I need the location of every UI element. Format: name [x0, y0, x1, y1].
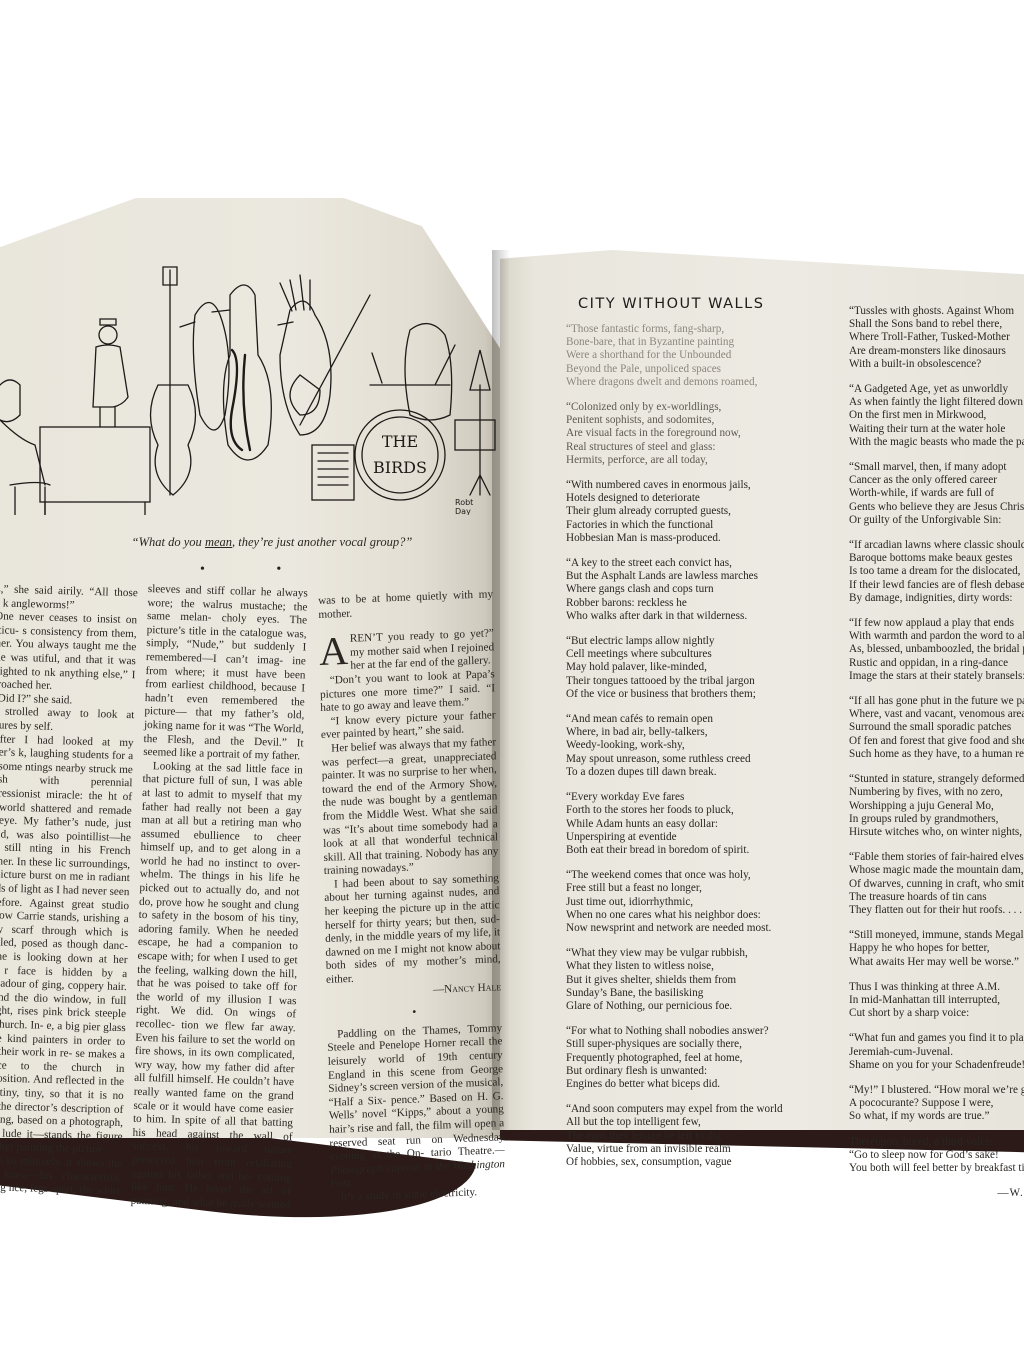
poem-line: “Colonized only by ex-worldlings, [566, 401, 806, 414]
poem-line: “For what to Nothing shall nobodies answ… [566, 1025, 806, 1038]
poem-line: “If few now applaud a play that ends [849, 617, 1024, 630]
poem-line: The treasure hoards of tin cans [849, 891, 1024, 904]
poem-line: “Tussles with ghosts. Against Whom [849, 305, 1024, 318]
poem-line: Factories in which the functional [566, 519, 806, 532]
poem-stanza: “If all has gone phut in the future we p… [849, 695, 1024, 761]
paragraph: I had been about to say something about … [324, 872, 501, 987]
poem-line: “Stunted in stature, strangely deformed, [849, 773, 1024, 786]
poem-line: Beyond the Pale, unpoliced spaces [566, 363, 806, 376]
poem-line: “A Gadgeted Age, yet as unworldly [849, 383, 1024, 396]
poem-line: What they listen to witless noise, [566, 960, 806, 973]
poem-stanza: “For what to Nothing shall nobodies answ… [566, 1025, 806, 1091]
poem-line: “The weekend comes that once was holy, [566, 869, 806, 882]
poem-line: But it gives shelter, shields them from [566, 974, 806, 987]
poem-line: Worth-while, if wards are full of [849, 487, 1024, 500]
poem-line: But the Asphalt Lands are lawless marche… [566, 570, 806, 583]
poem-line: Unperspiring at eventide [566, 831, 806, 844]
poem-line: Rustic and oppidan, in a ring-dance [849, 657, 1024, 670]
svg-text:Robt: Robt [455, 498, 473, 507]
paragraph: sleeves and stiff collar he always wore;… [143, 583, 308, 764]
svg-text:BIRDS: BIRDS [373, 458, 427, 477]
poem-line: In mid-Manhattan till interrupted, [849, 994, 1024, 1007]
poem-line: “My!” I blustered. “How moral we’re gett… [849, 1084, 1024, 1097]
poem-stanza: Thus I was thinking at three A.M.In mid-… [849, 981, 1024, 1021]
poem-stanza: “Still moneyed, immune, stands Megalopol… [849, 929, 1024, 969]
poem-line: May hold palaver, like-minded, [566, 661, 806, 674]
poem-line: Are visual facts in the foreground now, [566, 427, 806, 440]
poem-line: Of hobbies, sex, consumption, vague [566, 1156, 806, 1169]
poem-line: To a dozen dupes till dawn break. [566, 766, 806, 779]
article-column-3: was to be at home quietly with my mother… [318, 588, 506, 1205]
section-separator: • • [200, 562, 315, 578]
poem-line: “If all has gone phut in the future we p… [849, 695, 1024, 708]
poem-line: Forth to the stores her foods to pluck, [566, 804, 806, 817]
poem-line: Weedy-looking, work-shy, [566, 739, 806, 752]
poem-line: Or guilty of the Unforgivable Sin: [849, 514, 1024, 527]
birds-band-cartoon-icon: THE BIRDS Robt Day [0, 255, 500, 515]
poem-author: —W. H. Auden [849, 1187, 1024, 1200]
poem-stanza: “Stunted in stature, strangely deformed,… [849, 773, 1024, 839]
poem-line: “Small marvel, then, if many adopt [849, 461, 1024, 474]
poem-line: Hirsute witches who, on winter nights, [849, 826, 1024, 839]
poem-line: So what, if my words are true.” [849, 1110, 1024, 1123]
poem-line: Cell meetings where subcultures [566, 648, 806, 661]
poem-stanza: “If few now applaud a play that endsWith… [849, 617, 1024, 683]
poem-stanza: “The weekend comes that once was holy,Fr… [566, 869, 806, 935]
poem-line: With a built-in obsolescence? [849, 358, 1024, 371]
poem-line: Robber barons: reckless he [566, 597, 806, 610]
poem-line: Shall the Sons band to rebel there, [849, 318, 1024, 331]
paragraph: des,” she said airily. “All those fat, k… [0, 583, 138, 614]
poem-line: “With numbered caves in enormous jails, [566, 479, 806, 492]
poem-line: Frequently photographed, feel at home, [566, 1052, 806, 1065]
poem-stanza: “And mean cafés to remain openWhere, in … [566, 713, 806, 779]
poem-line: Of dwarves, cunning in craft, who smithi… [849, 878, 1024, 891]
poem-line: Now newsprint and network are needed mos… [566, 922, 806, 935]
poem-stanza: “Those fantastic forms, fang-sharp,Bone-… [566, 323, 806, 389]
poem-stanza: Thereupon, bored, a third voice:“Go to s… [849, 1136, 1024, 1176]
poem-stanza: “Tussles with ghosts. Against WhomShall … [849, 305, 1024, 371]
poem-line: All but the top intelligent few, [566, 1116, 806, 1129]
paragraph: “Don’t you want to look at Papa’s pictur… [320, 668, 496, 715]
poem-line: May spout unreason, some ruthless creed [566, 753, 806, 766]
paragraph: Even so minutely, it shows the father kn… [0, 1154, 122, 1213]
poem-stanza: “Fable them stories of fair-haired elves… [849, 851, 1024, 917]
poem-line: Where dragons dwelt and demons roamed, [566, 376, 806, 389]
poem-stanza: “But electric lamps allow nightlyCell me… [566, 635, 806, 701]
poem-title: CITY WITHOUT WALLS [578, 296, 764, 312]
poem-line: Were a shorthand for the Unbounded [566, 349, 806, 362]
poem-line: “And mean cafés to remain open [566, 713, 806, 726]
poem-line: When no one cares what his neighbor does… [566, 909, 806, 922]
poem-line: Is too tame a dream for the dislocated, [849, 565, 1024, 578]
poem-line: Of the vice or business that brothers th… [566, 688, 806, 701]
drop-cap: A [319, 635, 349, 668]
poem-line: A pococurante? Suppose I were, [849, 1097, 1024, 1110]
poem-line: Cut short by a sharp voice: [849, 1007, 1024, 1020]
poem-line: Whose magic made the mountain dam, [849, 864, 1024, 877]
poem-stanza: “My!” I blustered. “How moral we’re gett… [849, 1084, 1024, 1124]
poem-line: “A key to the street each convict has, [566, 557, 806, 570]
poem-stanza: “Every workday Eve faresForth to the sto… [566, 791, 806, 857]
poem-line: On the first men in Mirkwood, [849, 409, 1024, 422]
article-column-1: des,” she said airily. “All those fat, k… [0, 583, 138, 1212]
poem-line: With the magic beasts who made the path. [849, 436, 1024, 449]
poem-line: They flatten out for their hut roofs. . … [849, 904, 1024, 917]
poem-line: “But electric lamps allow nightly [566, 635, 806, 648]
poem-line: But ordinary flesh is unwanted: [566, 1065, 806, 1078]
poem-line: As, blessed, unbamboozled, the bridal pa… [849, 643, 1024, 656]
poem-line: Image the stars at their stately bransel… [849, 670, 1024, 683]
poem-line: Jeremiah-cum-Juvenal. [849, 1046, 1024, 1059]
poem-line: Value, virtue from an invisible realm [566, 1143, 806, 1156]
poem-line: “What they view may be vulgar rubbish, [566, 947, 806, 960]
paragraph: I strolled away to look at pictures by s… [0, 705, 135, 736]
poem-line: “Go to sleep now for God’s sake! [849, 1149, 1024, 1162]
paragraph: Looking at the sad little face in that p… [131, 760, 303, 1213]
paragraph: Her belief was always that my father was… [321, 736, 499, 879]
poem-line: “Those fantastic forms, fang-sharp, [566, 323, 806, 336]
poem-line: Shame on you for your Schadenfreude!” [849, 1059, 1024, 1072]
poem-line: While Adam hunts an easy dollar: [566, 818, 806, 831]
paragraph: One never ceases to insist on meticu- s … [0, 610, 137, 696]
poem-stanza: “A Gadgeted Age, yet as unworldlyAs when… [849, 383, 1024, 449]
poem-column-2: “Tussles with ghosts. Against WhomShall … [849, 305, 1024, 1200]
poem-stanza: “A key to the street each convict has,Bu… [566, 557, 806, 623]
poem-line: You both will feel better by breakfast t… [849, 1162, 1024, 1175]
poem-line: Gents who believe they are Jesus Christ [849, 501, 1024, 514]
poem-line: Penitent sophists, and sodomites, [566, 414, 806, 427]
poem-line: Hermits, perforce, are all today, [566, 454, 806, 467]
poem-line: Where, vast and vacant, venomous areas [849, 708, 1024, 721]
svg-text:THE: THE [382, 432, 418, 451]
poem-line: Baroque bottoms make beaux gestes [849, 552, 1024, 565]
cartoon-illustration: THE BIRDS Robt Day [0, 255, 500, 515]
poem-line: With warmth and pardon the word to all [849, 630, 1024, 643]
poem-line: Numbering by fives, with no zero, [849, 786, 1024, 799]
poem-line: Where gangs clash and cops turn [566, 583, 806, 596]
poem-stanza: “Small marvel, then, if many adoptCancer… [849, 461, 1024, 527]
poem-line: What awaits Her may well be worse.” [849, 956, 1024, 969]
svg-text:Day: Day [455, 507, 471, 515]
poem-line: “What fun and games you find it to play [849, 1032, 1024, 1045]
poem-stanza: “With numbered caves in enormous jails,H… [566, 479, 806, 545]
poem-line: Surround the small sporadic patches [849, 721, 1024, 734]
poem-line: Where Troll-Father, Tusked-Mother [849, 331, 1024, 344]
poem-stanza: “If arcadian lawns where classic shoulde… [849, 539, 1024, 605]
poem-stanza: “Colonized only by ex-worldlings,Peniten… [566, 401, 806, 467]
poem-column-1: “Those fantastic forms, fang-sharp,Bone-… [566, 323, 806, 1181]
poem-line: Who walks after dark in that wilderness. [566, 610, 806, 623]
poem-line: Worshipping a juju General Mo, [849, 800, 1024, 813]
poem-line: “Still moneyed, immune, stands Megalopol… [849, 929, 1024, 942]
quoted-item: Paddling on the Thames, Tommy Steele and… [327, 1022, 505, 1192]
poem-line: Bone-bare, that in Byzantine painting [566, 336, 806, 349]
poem-line: Sunday’s Bane, the basilisking [566, 987, 806, 1000]
poem-line: Hobbesian Man is mass-produced. [566, 532, 806, 545]
poem-line: “Fable them stories of fair-haired elves [849, 851, 1024, 864]
poem-line: Their glum already corrupted guests, [566, 505, 806, 518]
poem-line: Waiting their turn at the water hole [849, 423, 1024, 436]
poem-line: Free still but a feast no longer, [566, 882, 806, 895]
poem-line: Still super-physiques are socially there… [566, 1038, 806, 1051]
poem-line: Thereupon, bored, a third voice: [849, 1136, 1024, 1149]
poem-line: As when faintly the light filtered down [849, 396, 1024, 409]
poem-line: Such home as they have, to a human remna… [849, 748, 1024, 761]
poem-line: The egos they leisure be left to dig [566, 1130, 806, 1143]
paragraph-dropcap: AREN’T you ready to go yet?” my mother s… [319, 627, 495, 674]
poem-line: Glare of Nothing, our pernicious foe. [566, 1000, 806, 1013]
cartoon-caption: “What do you mean, they’re just another … [92, 535, 452, 550]
poem-line: Their tongues tattooed by the tribal jar… [566, 675, 806, 688]
poem-stanza: “And soon computers may expel from the w… [566, 1103, 806, 1169]
poem-line: Engines do better what biceps did. [566, 1078, 806, 1091]
poem-stanza: “What fun and games you find it to playJ… [849, 1032, 1024, 1072]
item-separator: • [327, 1002, 502, 1022]
poem-line: “Every workday Eve fares [566, 791, 806, 804]
poem-line: Happy he who hopes for better, [849, 942, 1024, 955]
poem-line: By damage, indignities, dirty words: [849, 592, 1024, 605]
poem-line: If their lewd fancies are of flesh debas… [849, 579, 1024, 592]
poem-line: “And soon computers may expel from the w… [566, 1103, 806, 1116]
poem-line: In groups ruled by grandmothers, [849, 813, 1024, 826]
poem-line: Just time out, idiorrhythmic, [566, 896, 806, 909]
article-column-2: sleeves and stiff collar he always wore;… [131, 583, 308, 1213]
poem-stanza: “What they view may be vulgar rubbish,Wh… [566, 947, 806, 1013]
poem-line: Thus I was thinking at three A.M. [849, 981, 1024, 994]
poem-line: “If arcadian lawns where classic shoulde… [849, 539, 1024, 552]
poem-line: Hotels designed to deteriorate [566, 492, 806, 505]
poem-line: Real structures of steel and glass: [566, 441, 806, 454]
poem-line: Are dream-monsters like dinosaurs [849, 345, 1024, 358]
poem-line: Cancer as the only offered career [849, 474, 1024, 487]
poem-line: Where, in bad air, belly-talkers, [566, 726, 806, 739]
poem-line: Of fen and forest that give food and she… [849, 735, 1024, 748]
poem-line: Both eat their bread in boredom of spiri… [566, 844, 806, 857]
paragraph: After I had looked at my father’s k, lau… [0, 732, 134, 1157]
